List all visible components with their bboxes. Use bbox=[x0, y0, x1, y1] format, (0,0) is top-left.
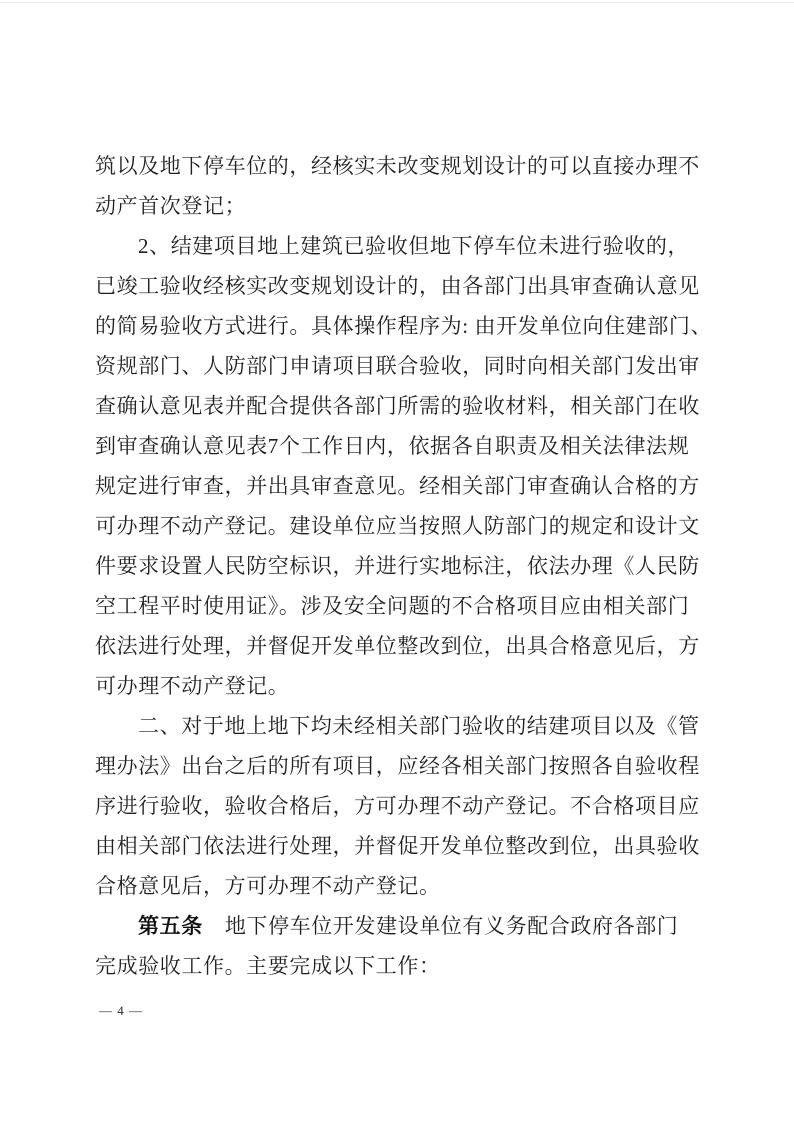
line-text: 查确认意见表并配合提供各部门所需的验收材料，相关部门在收 bbox=[95, 394, 700, 418]
text-line: 动产首次登记； bbox=[95, 186, 700, 226]
text-line: 件要求设置人民防空标识，并进行实地标注，依法办理《人民防 bbox=[95, 546, 700, 586]
text-line: 规定进行审查，并出具审查意见。经相关部门审查确认合格的方 bbox=[95, 466, 700, 506]
line-text: 依法进行处理，并督促开发单位整改到位，出具合格意见后，方 bbox=[95, 634, 700, 658]
text-line: 依法进行处理，并督促开发单位整改到位，出具合格意见后，方 bbox=[95, 626, 700, 666]
line-text: 可办理不动产登记。 bbox=[95, 674, 289, 698]
text-line: 合格意见后，方可办理不动产登记。 bbox=[95, 866, 700, 906]
line-text: 的简易验收方式进行。具体操作程序为: 由开发单位向住建部门、 bbox=[95, 314, 712, 338]
text-line: 2、结建项目地上建筑已验收但地下停车位未进行验收的， bbox=[95, 226, 700, 266]
text-line: 可办理不动产登记。 bbox=[95, 666, 700, 706]
line-text: 筑以及地下停车位的，经核实未改变规划设计的可以直接办理不 bbox=[95, 154, 700, 178]
text-line: 资规部门、人防部门申请项目联合验收，同时向相关部门发出审 bbox=[95, 346, 700, 386]
text-line: 到审查确认意见表7个工作日内，依据各自职责及相关法律法规 bbox=[95, 426, 700, 466]
line-text: 已竣工验收经核实改变规划设计的，由各部门出具审查确认意见 bbox=[95, 274, 700, 298]
text-line: 第五条地下停车位开发建设单位有义务配合政府各部门 bbox=[95, 906, 700, 946]
line-text: 理办法》出台之后的所有项目，应经各相关部门按照各自验收程 bbox=[95, 754, 700, 778]
text-line: 由相关部门依法进行处理，并督促开发单位整改到位，出具验收 bbox=[95, 826, 700, 866]
line-text: 二、对于地上地下均未经相关部门验收的结建项目以及《管 bbox=[138, 714, 700, 738]
page-number: — 4 — bbox=[99, 1003, 143, 1019]
text-line: 理办法》出台之后的所有项目，应经各相关部门按照各自验收程 bbox=[95, 746, 700, 786]
document-page: 筑以及地下停车位的，经核实未改变规划设计的可以直接办理不动产首次登记；2、结建项… bbox=[0, 0, 794, 1122]
line-text: 地下停车位开发建设单位有义务配合政府各部门 bbox=[225, 914, 679, 938]
line-text: 规定进行审查，并出具审查意见。经相关部门审查确认合格的方 bbox=[95, 474, 700, 498]
text-line: 可办理不动产登记。建设单位应当按照人防部门的规定和设计文 bbox=[95, 506, 700, 546]
text-line: 空工程平时使用证》。涉及安全问题的不合格项目应由相关部门 bbox=[95, 586, 700, 626]
line-text: 到审查确认意见表7个工作日内，依据各自职责及相关法律法规 bbox=[95, 434, 689, 458]
line-text: 完成验收工作。主要完成以下工作： bbox=[95, 954, 441, 978]
line-text: 合格意见后，方可办理不动产登记。 bbox=[95, 874, 441, 898]
line-text: 由相关部门依法进行处理，并督促开发单位整改到位，出具验收 bbox=[95, 834, 700, 858]
scan-artifact-top-edge bbox=[0, 2, 794, 3]
article-number: 第五条 bbox=[138, 914, 203, 938]
line-text: 件要求设置人民防空标识，并进行实地标注，依法办理《人民防 bbox=[95, 554, 700, 578]
text-line: 二、对于地上地下均未经相关部门验收的结建项目以及《管 bbox=[95, 706, 700, 746]
text-line: 序进行验收，验收合格后，方可办理不动产登记。不合格项目应 bbox=[95, 786, 700, 826]
line-text: 序进行验收，验收合格后，方可办理不动产登记。不合格项目应 bbox=[95, 794, 700, 818]
text-line: 查确认意见表并配合提供各部门所需的验收材料，相关部门在收 bbox=[95, 386, 700, 426]
text-line: 的简易验收方式进行。具体操作程序为: 由开发单位向住建部门、 bbox=[95, 306, 700, 346]
line-text: 可办理不动产登记。建设单位应当按照人防部门的规定和设计文 bbox=[95, 514, 700, 538]
text-line: 筑以及地下停车位的，经核实未改变规划设计的可以直接办理不 bbox=[95, 146, 700, 186]
text-line: 完成验收工作。主要完成以下工作： bbox=[95, 946, 700, 986]
text-line: 已竣工验收经核实改变规划设计的，由各部门出具审查确认意见 bbox=[95, 266, 700, 306]
line-text: 动产首次登记； bbox=[95, 194, 246, 218]
line-text: 资规部门、人防部门申请项目联合验收，同时向相关部门发出审 bbox=[95, 354, 700, 378]
line-text: 空工程平时使用证》。涉及安全问题的不合格项目应由相关部门 bbox=[95, 594, 689, 618]
line-text: 2、结建项目地上建筑已验收但地下停车位未进行验收的， bbox=[138, 234, 689, 258]
text-block: 筑以及地下停车位的，经核实未改变规划设计的可以直接办理不动产首次登记；2、结建项… bbox=[95, 146, 700, 986]
